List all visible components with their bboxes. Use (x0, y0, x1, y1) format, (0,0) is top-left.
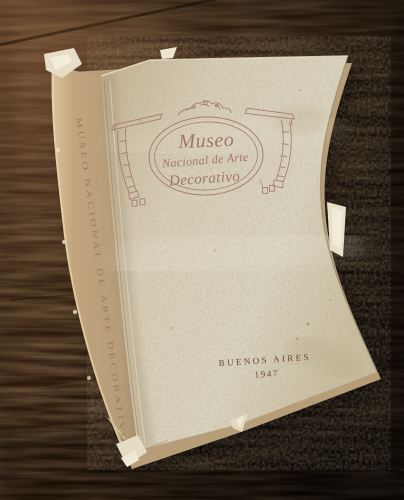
spine-chip (56, 148, 60, 152)
spine-chip (73, 310, 77, 314)
book-photograph: MUSEO NACIONAL DE ARTE DECORATIVO (0, 0, 404, 500)
chip-right-edge-bright (332, 208, 342, 248)
spine-chip (62, 240, 66, 244)
spine-chip (87, 376, 91, 380)
cover-sheen-2 (112, 238, 360, 268)
book-photo-canvas: MUSEO NACIONAL DE ARTE DECORATIVO (0, 0, 404, 500)
emblem-line1: Museo (177, 129, 235, 153)
imprint-year: 1947 (254, 368, 279, 380)
